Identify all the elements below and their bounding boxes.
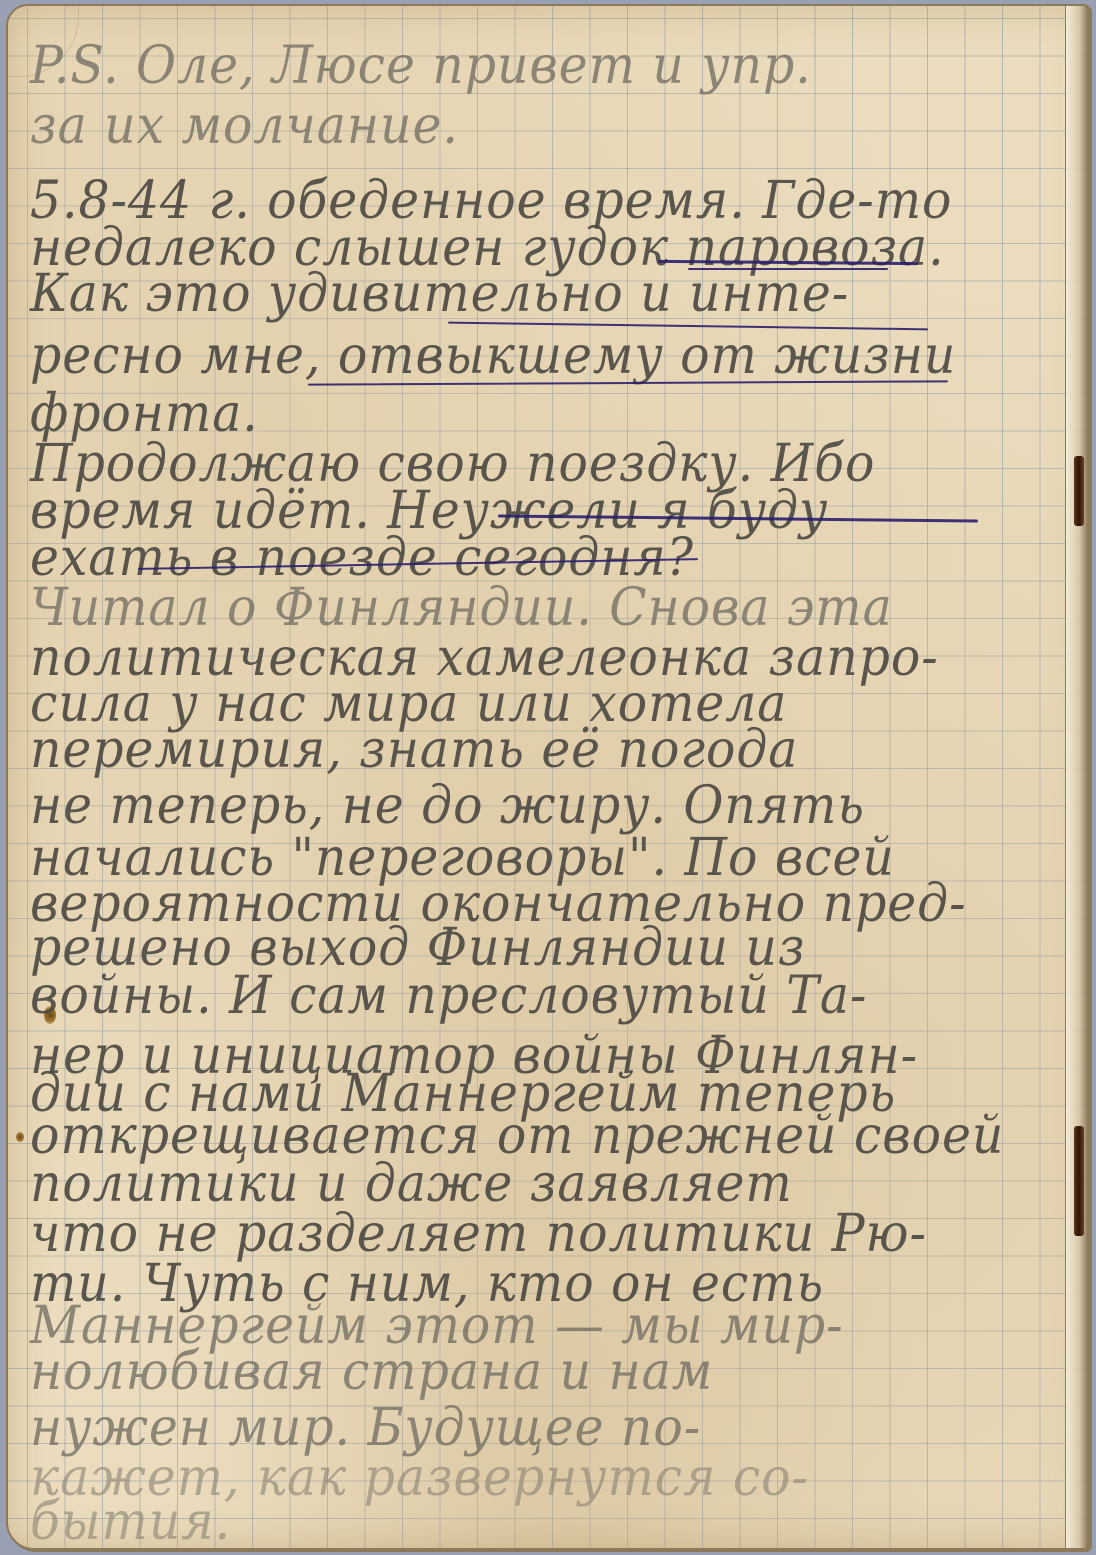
text-line: войны. И сам пресловутый Та-	[30, 966, 867, 1026]
text-line: перемирия, знать её погода	[30, 720, 798, 780]
binding-edge	[1065, 6, 1088, 1548]
ink-underline	[688, 268, 888, 270]
text-line: бытия.	[30, 1492, 231, 1552]
text-line: за их молчание.	[30, 96, 459, 156]
text-line: ресно мне, отвыкшему от жизни	[30, 326, 956, 386]
staple-top	[1074, 456, 1084, 526]
text-line: Как это удивительно и инте-	[30, 264, 849, 324]
staple-bottom	[1074, 1126, 1084, 1236]
diary-page: P.S. Оле, Люсе привет и упр. за их молча…	[6, 4, 1090, 1550]
text-line: не теперь, не до жиру. Опять	[30, 776, 865, 836]
rust-spot	[16, 1132, 24, 1142]
text-line: нолюбивая страна и нам	[30, 1342, 713, 1402]
text-line: P.S. Оле, Люсе привет и упр.	[30, 36, 812, 96]
